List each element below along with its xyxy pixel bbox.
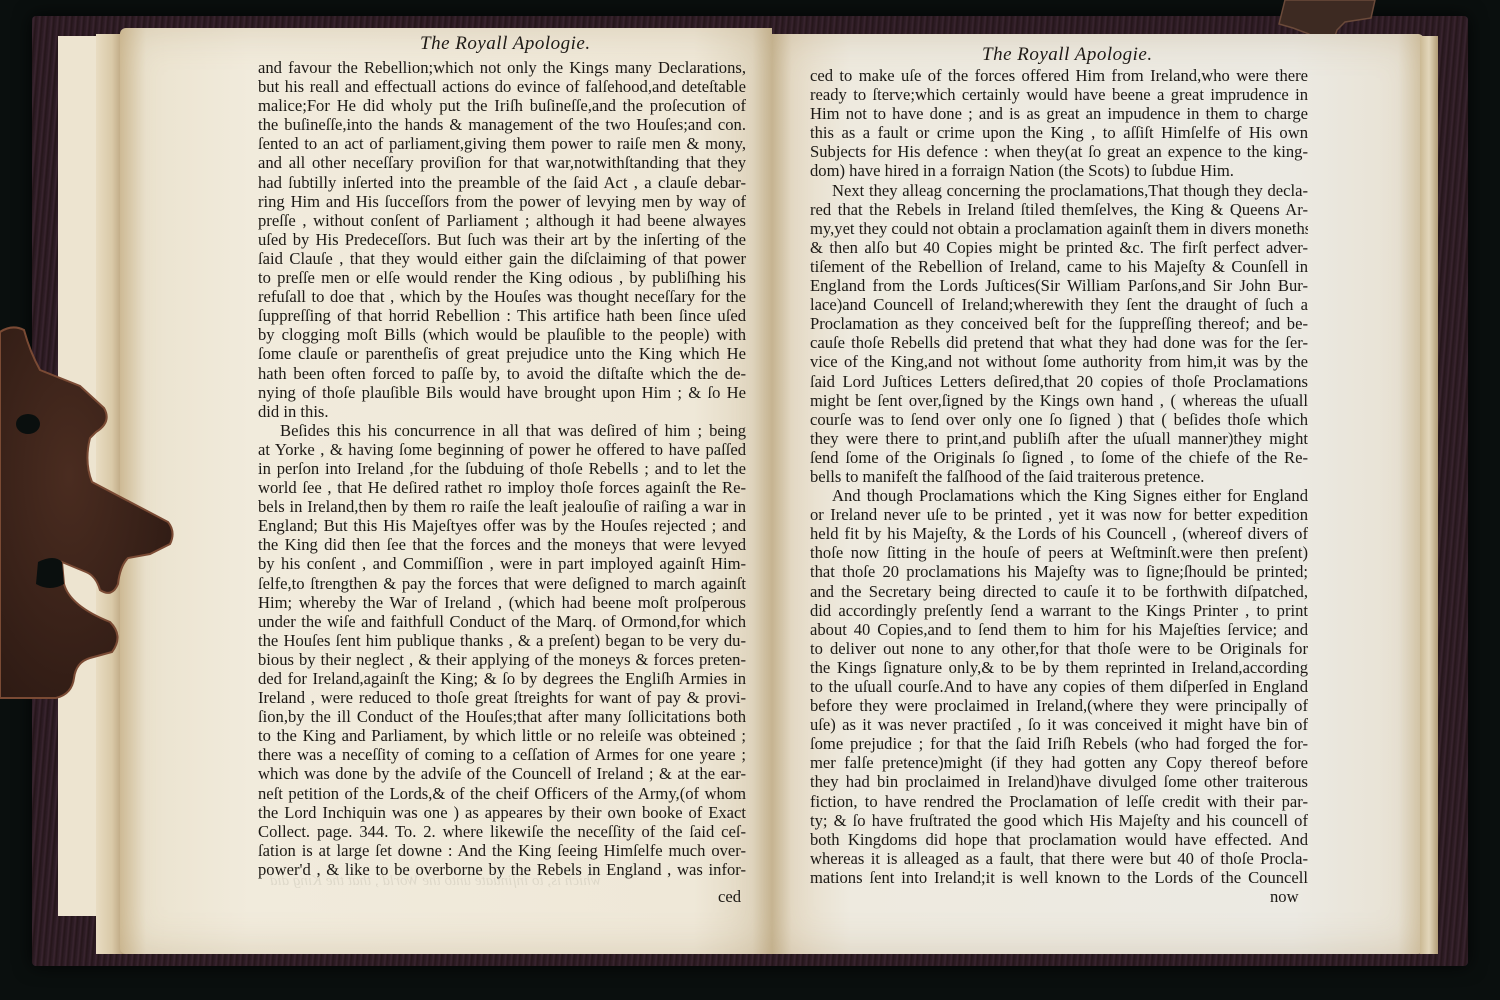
text-line: the buſineſſe,into the hands & managemen… xyxy=(258,115,746,134)
text-line: ready to ſterve;which certainly would ha… xyxy=(810,85,1308,104)
left-running-head: The Royall Apologie. xyxy=(420,33,591,55)
right-page-edges xyxy=(1420,36,1438,954)
text-line: ſome clauſe or parentheſis of great prej… xyxy=(258,344,746,363)
text-line: England from the Lords Juſtices(Sir Will… xyxy=(810,276,1308,295)
text-line: the Houſes ſent him publique thanks , & … xyxy=(258,631,746,650)
text-line: lace)and Councell of Ireland;wherewith t… xyxy=(810,295,1308,314)
text-line: Ireland , were reduced to thoſe great ſt… xyxy=(258,688,746,707)
text-line: to the uſuall courſe.And to have any cop… xyxy=(810,677,1308,696)
text-line: ſend ſome of the Originals ſo ſigned , t… xyxy=(810,448,1308,467)
text-line: and all other neceſſary proviſion for th… xyxy=(258,153,746,172)
text-line: that thoſe 20 proclamations his Majeſty … xyxy=(810,562,1308,581)
text-line: refuſall to doe that , which by the Houſ… xyxy=(258,287,746,306)
text-line: mer falſe pretence)might (if they had go… xyxy=(810,753,1308,772)
text-line: the King did then ſee that the forces an… xyxy=(258,535,746,554)
text-line: Subjects for His defence : when they(at … xyxy=(810,142,1308,161)
text-line: And though Proclamations which the King … xyxy=(810,486,1308,505)
text-line: the Lord Inchiquin was one ) as appeares… xyxy=(258,803,746,822)
text-line: and the Secretary being directed to cauſ… xyxy=(810,582,1308,601)
text-line: before they were proclaimed in Ireland,(… xyxy=(810,696,1308,715)
text-line: and favour the Rebellion;which not only … xyxy=(258,58,746,77)
text-line: thoſe now ſitting in the houſe of peers … xyxy=(810,543,1308,562)
text-line: neſt petition of the Lords,& of the chei… xyxy=(258,784,746,803)
text-line: world ſee , that He deſired rathet ro im… xyxy=(258,478,746,497)
text-line: ſaid Lord Juſtices Letters deſired,that … xyxy=(810,372,1308,391)
text-line: malice;For He did wholy put the Iriſh bu… xyxy=(258,96,746,115)
text-line: ſuppreſſing of that horrid Rebellion : T… xyxy=(258,306,746,325)
text-line: by his conſent , and Commiſſion , were i… xyxy=(258,554,746,573)
text-line: bels in Ireland,then by them ro raiſe th… xyxy=(258,497,746,516)
text-line: mations ſent into Ireland;it is well kno… xyxy=(810,868,1308,887)
text-line: whereas it is alleaged as a fault, that … xyxy=(810,849,1308,868)
text-line: ty; & ſo have fruſtrated the good which … xyxy=(810,811,1308,830)
text-line: Him; whereby the War of Ireland , (which… xyxy=(258,593,746,612)
text-line: hath been often forced to paſſe by, to a… xyxy=(258,364,746,383)
text-line: ded for Ireland,againſt the King; & ſo b… xyxy=(258,669,746,688)
text-line: which was done by the adviſe of the Coun… xyxy=(258,764,746,783)
text-line: fiction, to have rendred the Proclamatio… xyxy=(810,792,1308,811)
text-line: might be ſent over,ſigned by the Kings o… xyxy=(810,391,1308,410)
text-line: ſome prejudice ; for that the ſaid Iriſh… xyxy=(810,734,1308,753)
text-line: ſion,by the ill Conduct of the Houſes;th… xyxy=(258,707,746,726)
text-line: at Yorke , & having ſome beginning of po… xyxy=(258,440,746,459)
right-catchword: now xyxy=(1270,887,1299,907)
text-line: to the King and Parliament, by which lit… xyxy=(258,726,746,745)
text-line: had ſubtilly inſerted into the preamble … xyxy=(258,173,746,192)
text-line: nying of thoſe plauſible Bils would have… xyxy=(258,383,746,402)
text-line: they were there to print,and publiſh aft… xyxy=(810,429,1308,448)
text-line: & then alſo but 40 Copies might be print… xyxy=(810,238,1308,257)
text-line: courſe was to ſend over only one ſo ſign… xyxy=(810,410,1308,429)
text-line: ſation is at large ſet downe : And the K… xyxy=(258,841,746,860)
text-line: England; But this His Majeſtyes offer wa… xyxy=(258,516,746,535)
left-clasp-icon xyxy=(0,322,180,702)
text-line: Next they alleag concerning the proclama… xyxy=(810,181,1308,200)
text-line: did in this. xyxy=(258,402,746,421)
text-line: did accordingly preſently ſend a warrant… xyxy=(810,601,1308,620)
text-line: but his reall and effectuall actions do … xyxy=(258,77,746,96)
text-line: ſented to an act of parliament,giving th… xyxy=(258,134,746,153)
text-line: vice of the King,and not without ſome au… xyxy=(810,352,1308,371)
text-line: or Ireland never uſe to be printed , yet… xyxy=(810,505,1308,524)
text-line: cauſe thoſe Rebells did pretend that wha… xyxy=(810,333,1308,352)
text-line: ſaid Clauſe , that they would either gai… xyxy=(258,249,746,268)
text-line: uſed by His Predeceſſors. But ſuch was t… xyxy=(258,230,746,249)
text-line: ring Him and His ſucceſſors from the pow… xyxy=(258,192,746,211)
right-running-head: The Royall Apologie. xyxy=(982,44,1153,66)
text-line: red that the Rebels in Ireland ſtiled th… xyxy=(810,200,1308,219)
text-line: ced to make uſe of the forces offered Hi… xyxy=(810,66,1308,85)
text-line: to preſſe men or elſe would render the K… xyxy=(258,268,746,287)
text-line: Collect. page. 344. To. 2. where likewiſ… xyxy=(258,822,746,841)
text-line: held fit by his Majeſty, & the Lords of … xyxy=(810,524,1308,543)
text-line: bious by their neglect , & their applyin… xyxy=(258,650,746,669)
text-line: both Kingdoms did hope that proclamation… xyxy=(810,830,1308,849)
text-line: there was a neceſſity of coming to a ceſ… xyxy=(258,745,746,764)
text-line: ſelfe,to ſtrengthen & pay the forces tha… xyxy=(258,574,746,593)
text-line: about 40 Copies,and to ſend them to him … xyxy=(810,620,1308,639)
text-line: they had bin proclaimed in Ireland)have … xyxy=(810,772,1308,791)
text-line: dom) have hired in a forraign Nation (th… xyxy=(810,161,1308,180)
left-page-text: and favour the Rebellion;which not only … xyxy=(258,58,746,879)
bleed-through-text: which is, to inſinuate unto the World , … xyxy=(270,873,601,890)
left-page: The Royall Apologie. and favour the Rebe… xyxy=(120,28,772,954)
text-line: my,yet they could not obtain a proclamat… xyxy=(810,219,1308,238)
left-catchword: ced xyxy=(718,887,741,907)
text-line: Him not to have done ; and is as great a… xyxy=(810,104,1308,123)
text-line: the Kings ſignature only,& to be by them… xyxy=(810,658,1308,677)
text-line: Beſides this his concurrence in all that… xyxy=(258,421,746,440)
text-line: Proclamation as they conceived beſt for … xyxy=(810,314,1308,333)
right-page-text: ced to make uſe of the forces offered Hi… xyxy=(810,66,1308,887)
right-page: The Royall Apologie. ced to make uſe of … xyxy=(772,34,1424,954)
text-line: uſe) as it was never practiſed , ſo it w… xyxy=(810,715,1308,734)
text-line: bells to manifeſt the falſhood of the ſa… xyxy=(810,467,1308,486)
text-line: by clogging moſt Bills (which would be p… xyxy=(258,325,746,344)
text-line: to deliver out none to any other,for tha… xyxy=(810,639,1308,658)
text-line: this as a fault or crime upon the King ,… xyxy=(810,123,1308,142)
text-line: in perſon into Ireland ,for the ſubduing… xyxy=(258,459,746,478)
text-line: under the wiſe and faithfull Conduct of … xyxy=(258,612,746,631)
text-line: preſſe , without conſent of Parliament ;… xyxy=(258,211,746,230)
text-line: tiſement of the Rebellion of Ireland, ca… xyxy=(810,257,1308,276)
